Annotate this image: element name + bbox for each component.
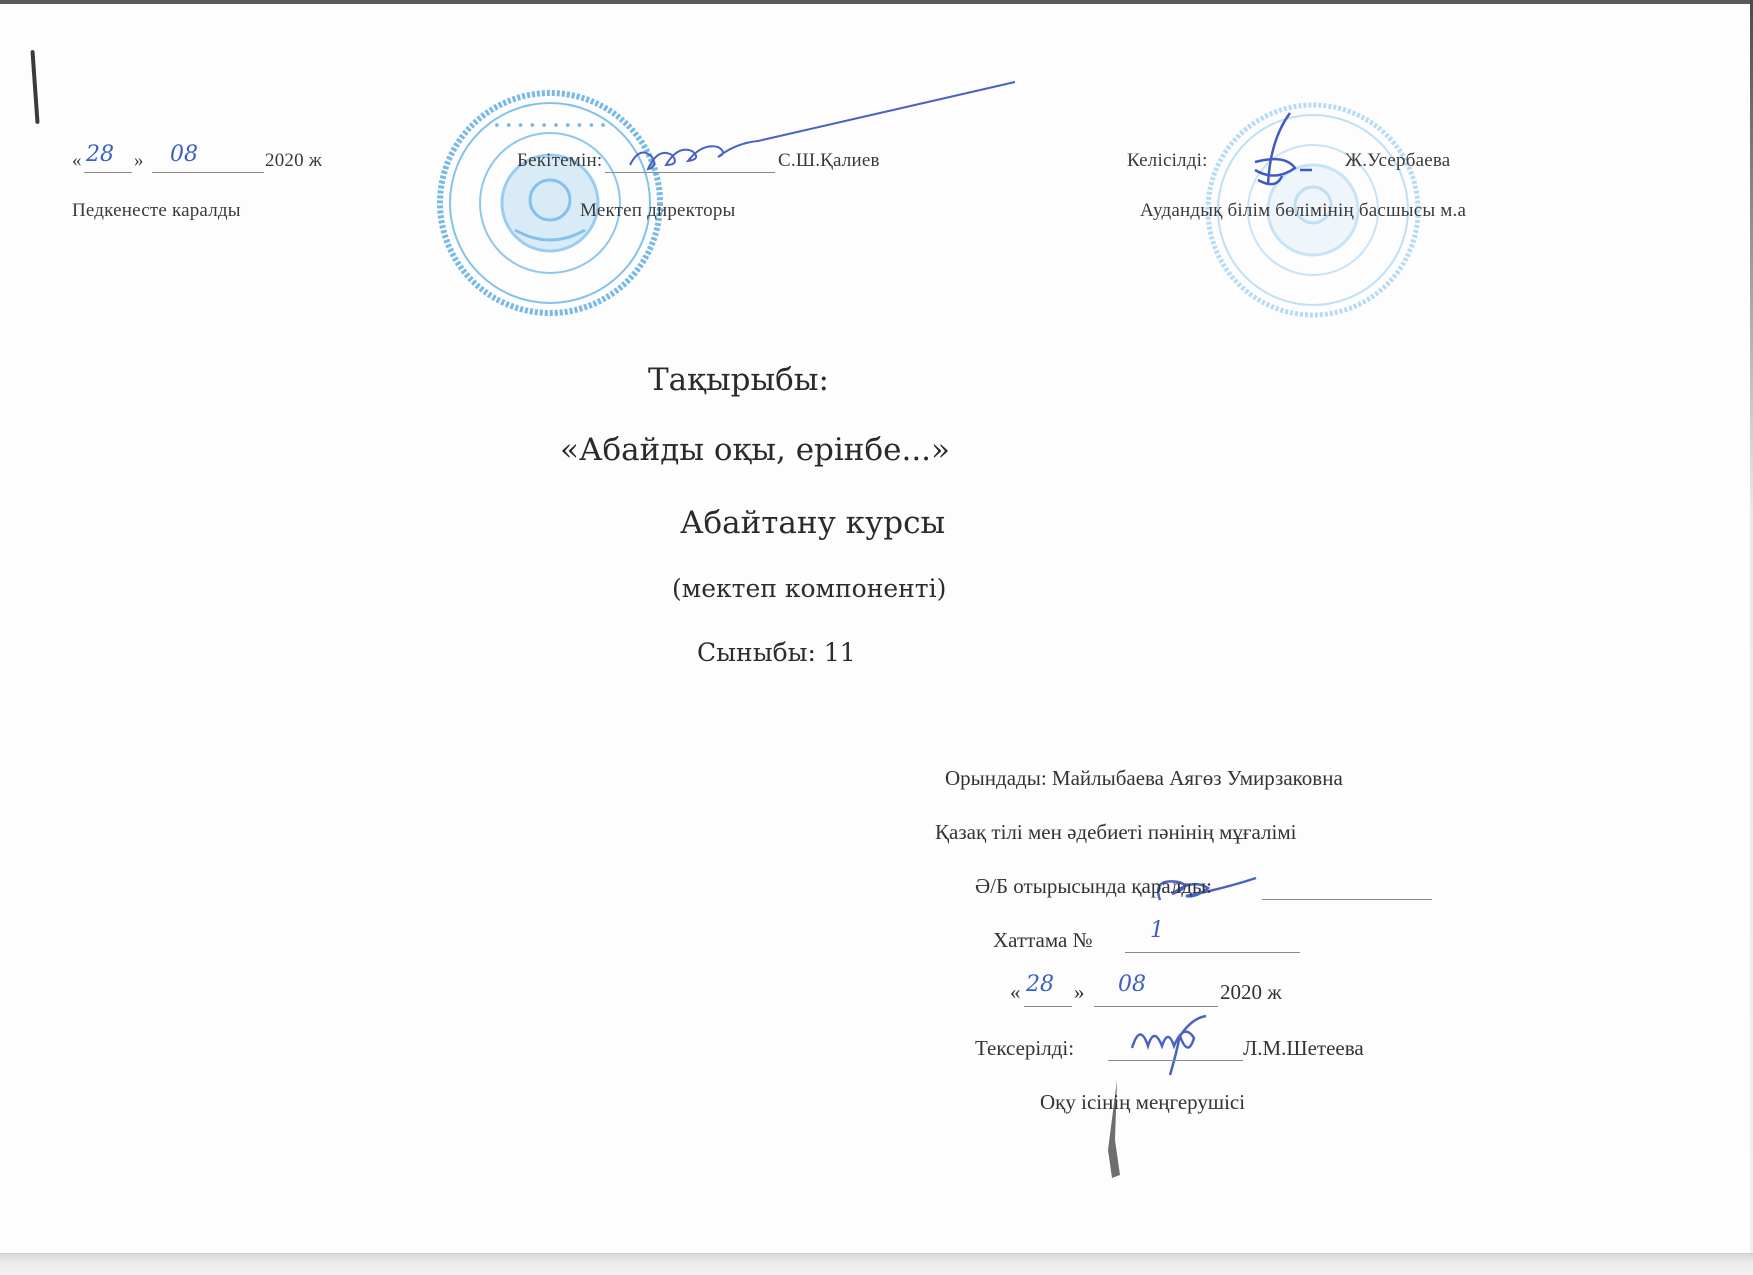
date-close-quote: »	[134, 150, 144, 172]
scanned-document-page: • • • • • • • • • • « 28 » 08 2020 ж	[0, 0, 1753, 1275]
head-name: Ж.Усербаева	[1345, 150, 1450, 172]
scan-corner-mark	[30, 50, 39, 124]
protocol-number-handwritten: 1	[1150, 918, 1164, 943]
checked-signature-line	[1108, 1060, 1243, 1061]
protocol-date-close-quote: »	[1074, 980, 1085, 1005]
protocol-date-month-line	[1094, 1006, 1218, 1007]
scan-bottom-edge	[0, 1253, 1753, 1275]
protocol-date-day-handwritten: 28	[1026, 972, 1054, 997]
checked-name: Л.М.Шетеева	[1243, 1036, 1364, 1061]
date-month-line	[152, 172, 264, 173]
director-name: С.Ш.Қалиев	[778, 150, 880, 172]
protocol-date-month-handwritten: 08	[1118, 972, 1146, 997]
grade-label: Сыныбы: 11	[697, 638, 856, 667]
protocol-label: Хаттама №	[993, 928, 1093, 953]
date-day-handwritten: 28	[86, 142, 114, 167]
date-year: 2020 ж	[265, 150, 322, 172]
date-day-line	[84, 172, 132, 173]
teacher-role: Қазақ тілі мен әдебиеті пәнінің мұғалімі	[935, 820, 1296, 845]
approve-label: Бекітемін:	[517, 150, 602, 172]
methodical-review-label: Ә/Б отырысында қаралды:	[975, 874, 1212, 899]
stamps-layer: • • • • • • • • • •	[0, 0, 1753, 1275]
date-month-handwritten: 08	[170, 142, 198, 167]
head-position: Аудандық білім бөлімінің басшысы м.а	[1140, 200, 1466, 222]
protocol-date-open-quote: «	[1010, 980, 1021, 1005]
pedagogical-council-caption: Педкенесте каралды	[72, 200, 241, 222]
deputy-signature-icon	[1132, 1016, 1206, 1075]
course-component: (мектеп компоненті)	[672, 574, 946, 603]
date-open-quote: «	[72, 150, 82, 172]
methodical-signature-line	[1262, 899, 1432, 900]
director-position: Мектеп директоры	[580, 200, 735, 222]
checked-position: Оқу ісінің меңгерушісі	[1040, 1090, 1245, 1115]
performed-by: Орындады: Майлыбаева Аягөз Умирзаковна	[945, 766, 1343, 791]
protocol-date-day-line	[1024, 1006, 1072, 1007]
topic-heading: Тақырыбы:	[648, 362, 829, 398]
protocol-date-year: 2020 ж	[1220, 980, 1282, 1005]
scan-top-edge	[0, 0, 1753, 4]
topic-title: «Абайды оқы, ерінбе...»	[560, 432, 950, 468]
svg-text:• • • • • • • • • •: • • • • • • • • • •	[493, 119, 607, 134]
head-signature-icon	[1255, 113, 1312, 185]
protocol-number-line	[1125, 952, 1300, 953]
agreed-label: Келісілді:	[1127, 150, 1208, 172]
checked-label: Тексерілді:	[975, 1036, 1074, 1061]
course-name: Абайтану курсы	[680, 505, 945, 541]
director-signature-line	[605, 172, 775, 173]
